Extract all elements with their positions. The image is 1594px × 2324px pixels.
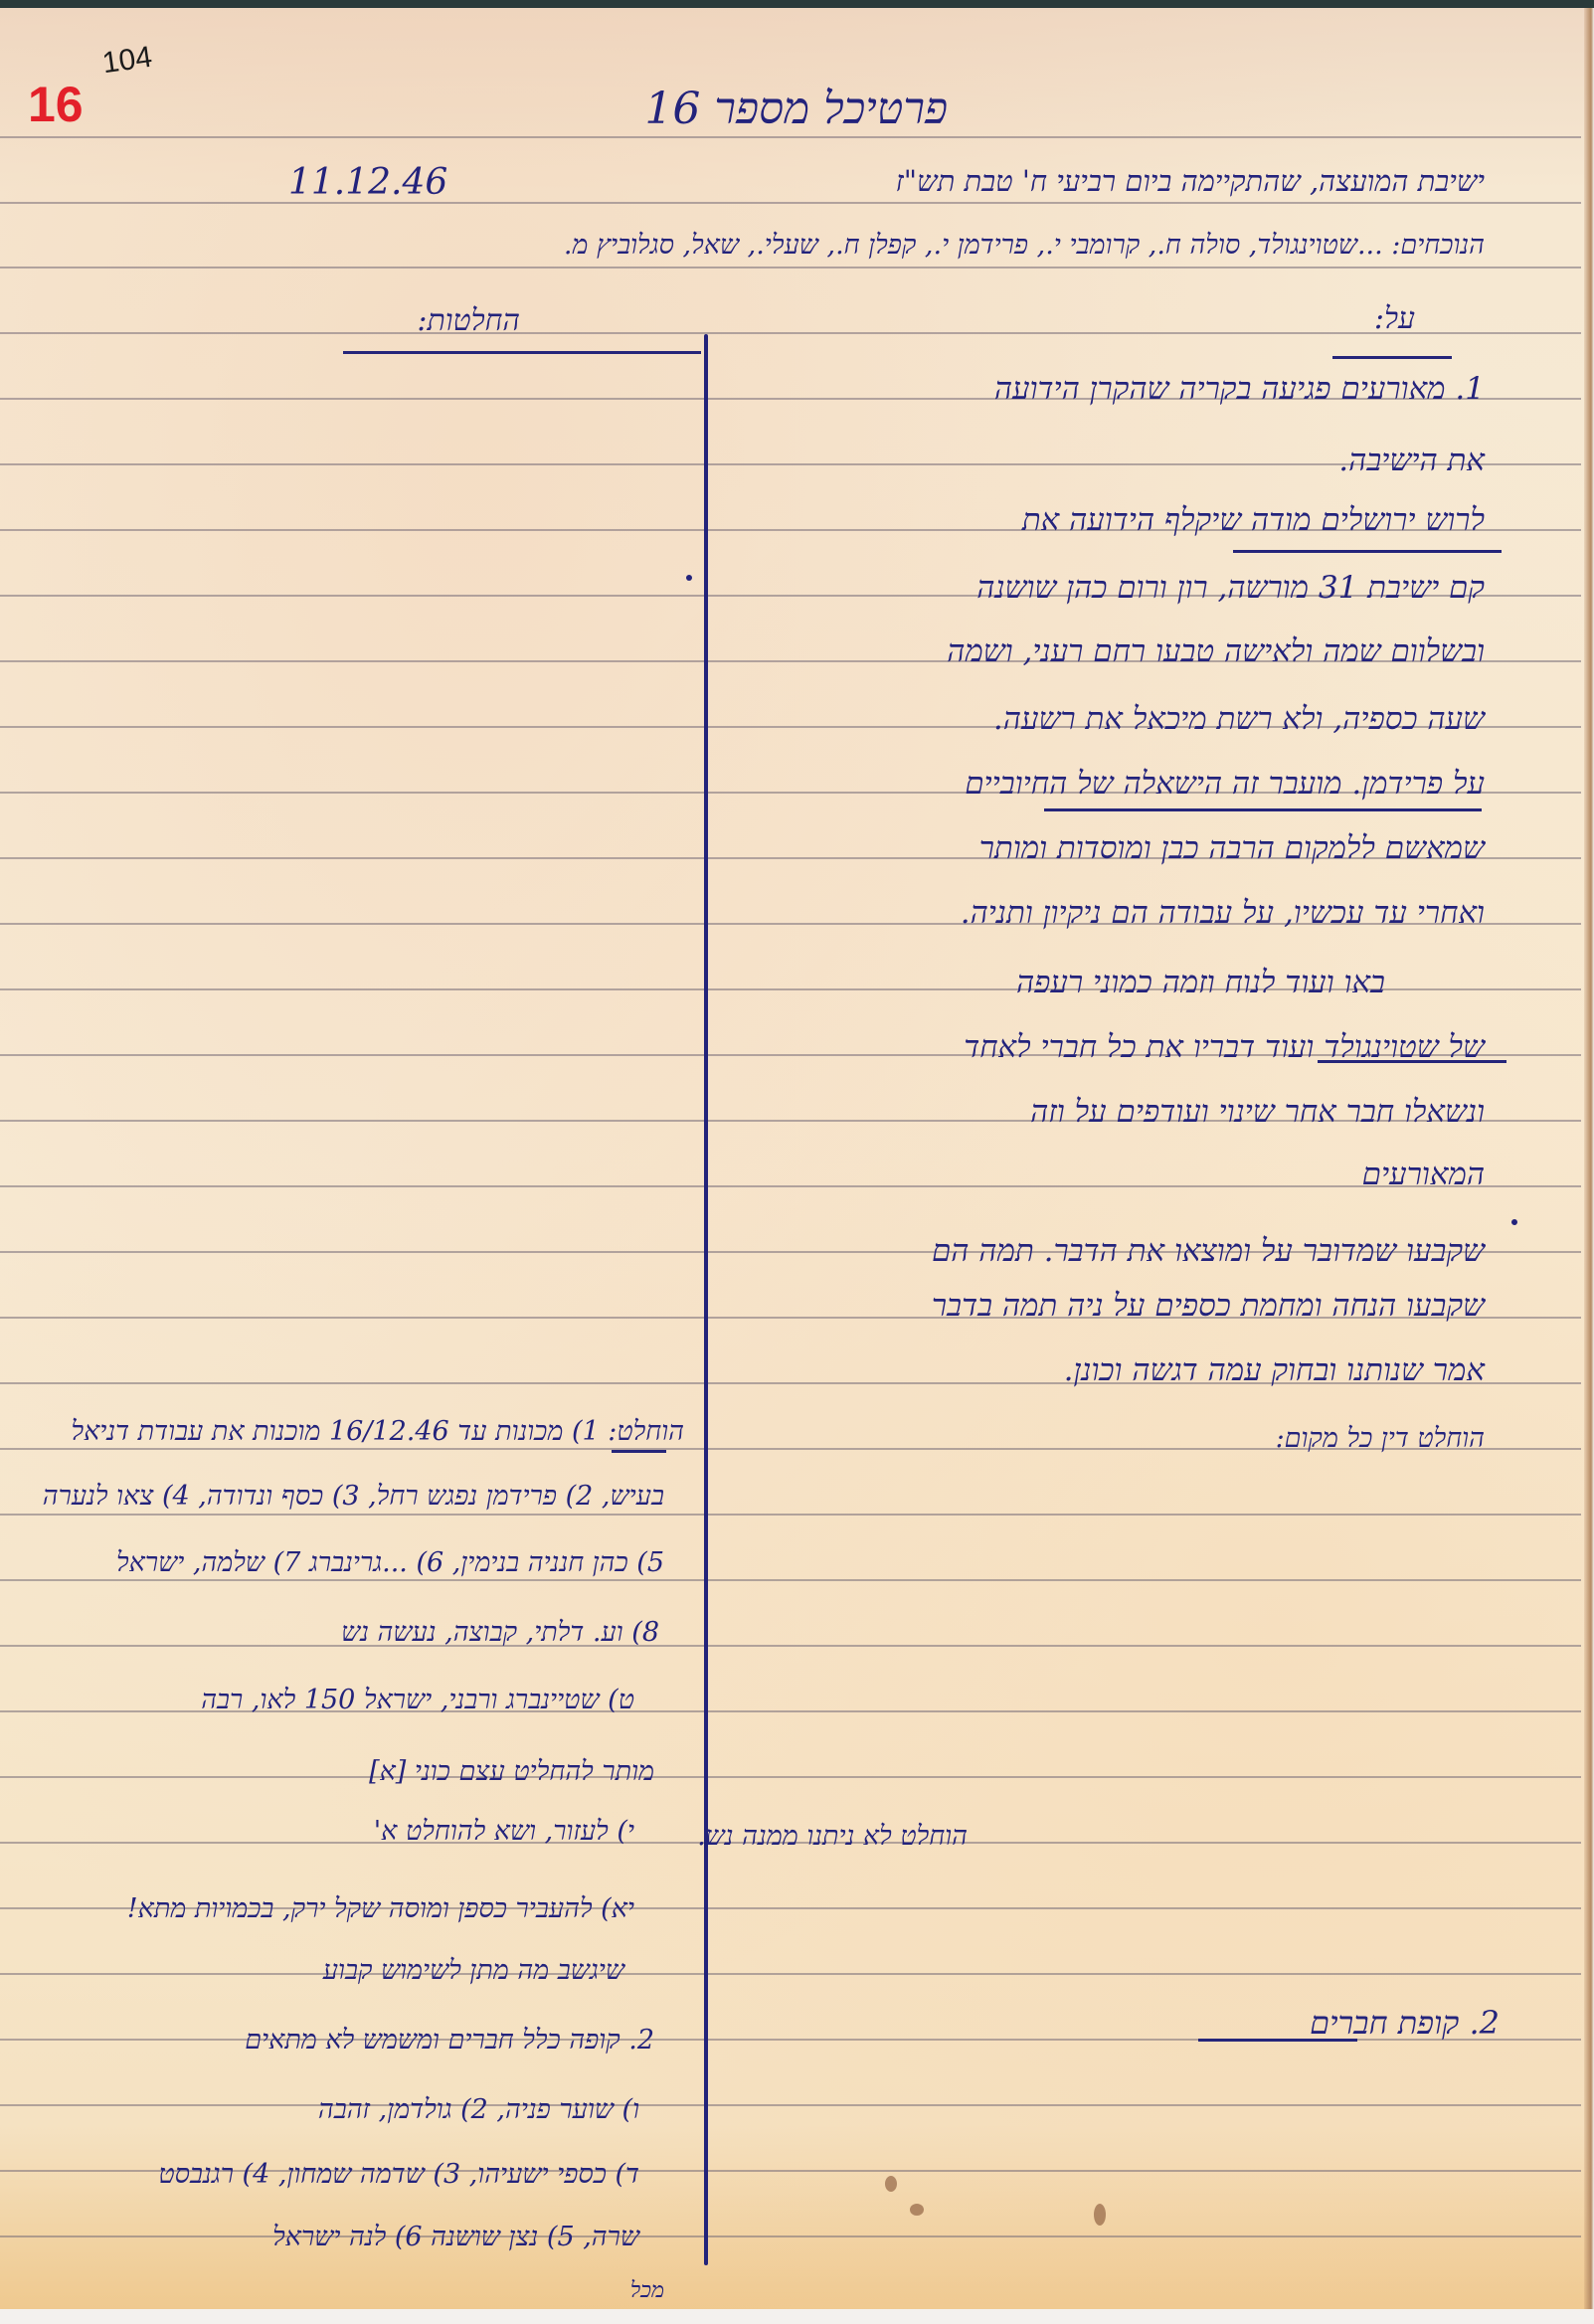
decisions-heading-underline — [343, 351, 701, 354]
speaker-underline — [1318, 1060, 1506, 1063]
agenda-item-2: 2. קופת חברים — [1310, 2007, 1500, 2039]
right-line-3: לרוש ירושלים מודה שיקלף הידועה את — [1022, 505, 1485, 536]
left-line-11: ו) שוער פניה, 2) גולדמן, זהבה — [318, 2096, 639, 2123]
right-line-18: הוחלט לא ניתנו ממנה נש. — [697, 1823, 968, 1850]
right-line-6: שעה כספיה, ולא רשת מיכאל את רשעה. — [993, 704, 1485, 735]
ruled-line — [0, 2235, 1581, 2237]
ruled-line — [0, 136, 1581, 138]
ruled-line — [0, 202, 1581, 204]
left-line-4: 8) וע. דלתי, קבוצה, נעשה נש — [341, 1619, 659, 1646]
ruled-line — [0, 1973, 1581, 1975]
page-title: פרטיכל מספר 16 — [644, 88, 948, 131]
paper-stain — [910, 2204, 924, 2216]
right-line-15: שקבעו הנחה ומחמת כספים על ניה תמה בדבר — [932, 1291, 1485, 1322]
left-line-2: בעיש, 2) פרידמן נפגש רחל, 3) כסף ונדודה,… — [43, 1483, 664, 1510]
ruled-line — [0, 1776, 1581, 1778]
right-line-1: 1. מאורעים פגיעה בקריה שהקרן הידועה — [994, 374, 1485, 405]
ruled-line — [0, 1579, 1581, 1581]
bottom-fragment: מכל — [630, 2280, 664, 2302]
ruled-line — [0, 2104, 1581, 2106]
ruled-line — [0, 267, 1581, 268]
left-line-9: שיגשב מה מתן לשימוש קבוע — [323, 1957, 624, 1984]
right-line-12: ונשאלו חבר אחר שינוי ועודפים על וזה — [1030, 1097, 1485, 1128]
right-line-9: ואחרי עד עכשיו, על עבודה הם ניקיון ותניה… — [961, 898, 1485, 929]
column-divider — [704, 334, 708, 2265]
agenda-heading-underline — [1332, 356, 1452, 359]
left-line-7: י) לעזור, ושא להוחלט א' — [374, 1818, 634, 1845]
right-line-16: אמר שנותנו ובחוק עמה דגשה וכונן. — [1064, 1355, 1485, 1386]
decisions-label-underline — [612, 1450, 666, 1453]
speaker-underline — [1233, 550, 1502, 553]
left-line-8: יא) להעביר כספן ומוסה שקל ירק, בכמויות מ… — [127, 1895, 634, 1922]
left-line-1: הוחלט: 1) מכונות עד 16/12.46 מוכנות את ע… — [71, 1418, 684, 1445]
left-line-10: 2. קופה כלל חברים ומשמש לא מתאים — [245, 2027, 654, 2054]
left-line-5: ט) שטיינברג ורבני, ישראל 150 לאו, רבה — [201, 1687, 634, 1713]
paper-stain — [1094, 2204, 1106, 2226]
paper-stain — [885, 2176, 897, 2192]
right-line-8: שמאשם ללמקום הרבה כבן ומוסדות ומותר — [979, 833, 1485, 864]
archive-folio-number: 104 — [100, 41, 154, 82]
right-line-11: של שטוינגולד ועוד דבריו את כל חברי לאחד — [964, 1032, 1485, 1063]
ruled-line — [0, 1185, 1581, 1187]
ink-dot — [686, 575, 692, 581]
right-line-17: הוחלט דין כל מקום: — [1276, 1425, 1485, 1452]
right-line-2: את הישיבה. — [1338, 446, 1485, 476]
header-line-1: ישיבת המועצה, שהתקיימה ביום רביעי ח' טבת… — [896, 167, 1485, 196]
meeting-date: 11.12.46 — [288, 165, 447, 201]
right-line-14: שקבעו שמדובר על ומוצאו את הדבר. תמה הם — [932, 1236, 1485, 1267]
speaker-underline — [1044, 808, 1482, 811]
right-line-4: קם ישיבת 31 מורשה, רון ורום כהן שושנה — [976, 573, 1485, 604]
left-line-3: 5) כהן חנניה בנימין, 6) ...גרינברג 7) של… — [116, 1549, 664, 1576]
agenda-heading: על: — [1374, 304, 1415, 334]
left-line-13: שרה, 5) נצן שושנה 6) לנה ישראל — [272, 2224, 639, 2250]
agenda-item-2-underline — [1198, 2039, 1357, 2042]
ruled-line — [0, 1514, 1581, 1516]
ruled-line — [0, 332, 1581, 334]
left-line-12: ד) כספי ישעיהו, 3) שדמה שמחון, 4) רגנבסט — [158, 2161, 639, 2188]
attendees-line: הנוכחים: ...שטוינגולד, סולה ח., קרומבי י… — [564, 232, 1485, 259]
right-line-5: ובשלוום שמה ולאישה טבעו רחם רעני, ושמה — [947, 636, 1485, 667]
right-line-10: באו ועוד לנוח וזמה כמוני רעפה — [1016, 968, 1385, 998]
page-edge — [1584, 8, 1594, 2309]
right-line-7: על פרידמן. מועבר זה הישאלה של החיוביים — [965, 769, 1485, 800]
ruled-line — [0, 1645, 1581, 1647]
ink-dot — [1511, 1219, 1517, 1225]
red-page-number: 16 — [28, 80, 84, 129]
right-line-13: המאורעים — [1362, 1160, 1485, 1190]
notebook-page: 16 104 פרטיכל מספר 16 11.12.46 ישיבת המו… — [0, 0, 1594, 2309]
decisions-heading: החלטות: — [417, 306, 520, 336]
left-line-6: מותר להחליט עצם כוני [א] — [369, 1758, 654, 1785]
